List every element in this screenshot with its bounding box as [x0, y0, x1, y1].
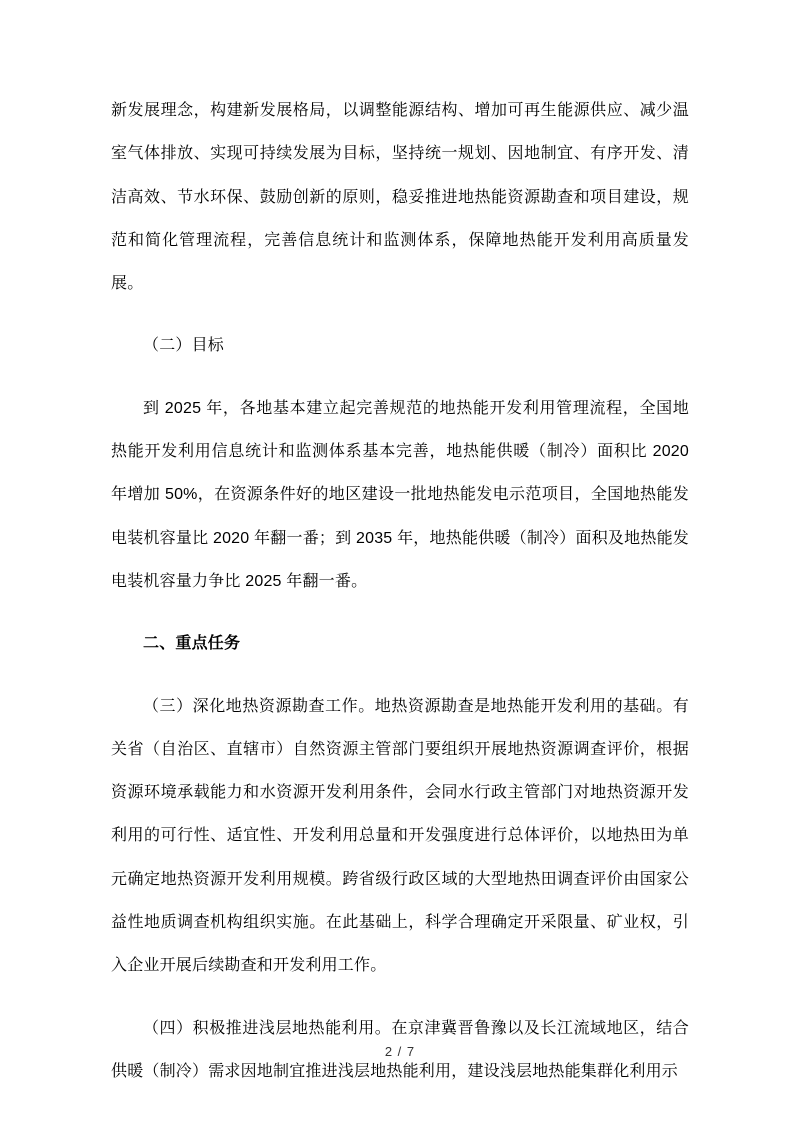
page-number: 2 / 7: [0, 1044, 800, 1059]
document-page: 新发展理念，构建新发展格局，以调整能源结构、增加可再生能源供应、减少温室气体排放…: [0, 0, 800, 1132]
chapter-heading-key-tasks: 二、重点任务: [111, 622, 689, 665]
subsection-heading-goals: （二）目标: [111, 324, 689, 367]
paragraph-continuation: 新发展理念，构建新发展格局，以调整能源结构、增加可再生能源供应、减少温室气体排放…: [111, 89, 689, 305]
paragraph-goals-2025-2035: 到 2025 年，各地基本建立起完善规范的地热能开发利用管理流程，全国地热能开发…: [111, 387, 689, 603]
paragraph-geothermal-survey: （三）深化地热资源勘查工作。地热资源勘查是地热能开发利用的基础。有关省（自治区、…: [111, 685, 689, 988]
document-body: 新发展理念，构建新发展格局，以调整能源结构、增加可再生能源供应、减少温室气体排放…: [111, 89, 689, 1112]
